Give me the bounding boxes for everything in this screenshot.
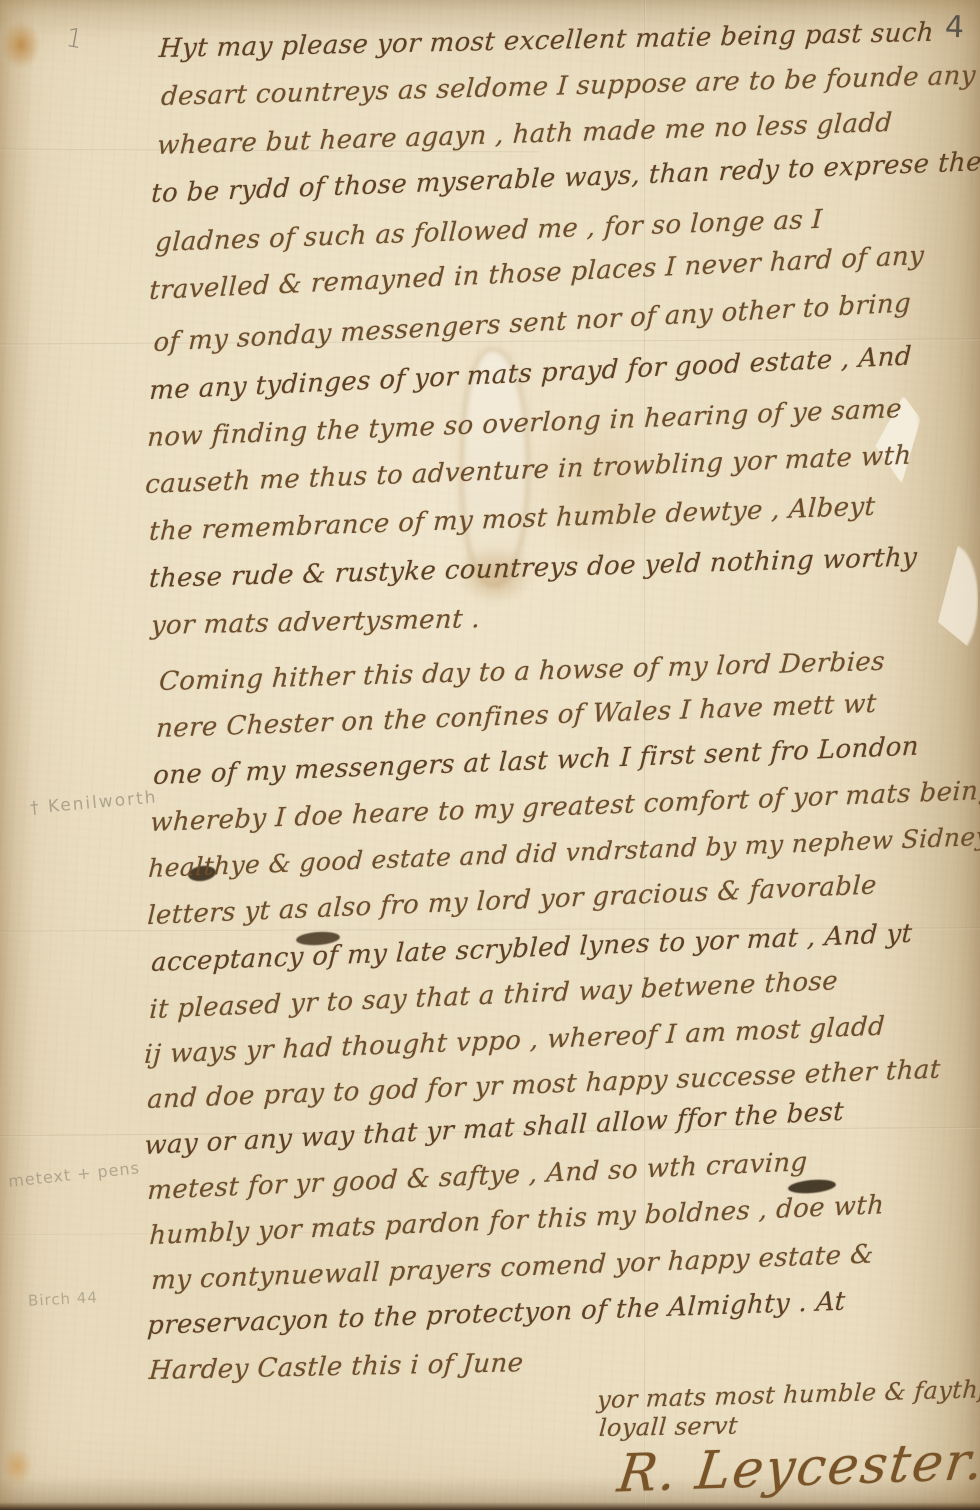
manuscript-line: preservacyon to the protectyon of the Al…	[146, 1287, 846, 1341]
manuscript-line: it pleased yr to say that a third way be…	[149, 966, 839, 1025]
manuscript-line: letters yt as also fro my lord yor graci…	[147, 870, 878, 931]
signature: R. Leycester.	[614, 1431, 980, 1504]
manuscript-line: these rude & rustyke countreys doe yeld …	[148, 543, 918, 595]
manuscript-line: nere Chester on the confines of Wales I …	[155, 689, 877, 744]
letter-body: Hyt may please yor most excellent matie …	[0, 0, 980, 1510]
manuscript-line: yor mats advertysment .	[150, 604, 481, 641]
manuscript-line: the remembrance of my most humble dewtye…	[148, 492, 876, 547]
manuscript-line: causeth me thus to adventure in trowblin…	[145, 441, 913, 501]
manuscript-line: wheare but heare agayn , hath made me no…	[156, 108, 893, 161]
manuscript-page: 1 4 † Kenilworth metext + pens Birch 44 …	[0, 0, 980, 1510]
manuscript-line: now finding the tyme so overlong in hear…	[147, 394, 903, 453]
manuscript-line: desart countreys as seldome I suppose ar…	[160, 61, 977, 112]
manuscript-line: Hyt may please yor most excellent matie …	[158, 18, 935, 64]
manuscript-line: Coming hither this day to a howse of my …	[158, 647, 886, 697]
closing-line: loyall servt	[598, 1412, 739, 1442]
manuscript-line: my contynuewall prayers comend yor happy…	[150, 1240, 874, 1297]
manuscript-line: Hardey Castle this i of June	[148, 1348, 524, 1386]
